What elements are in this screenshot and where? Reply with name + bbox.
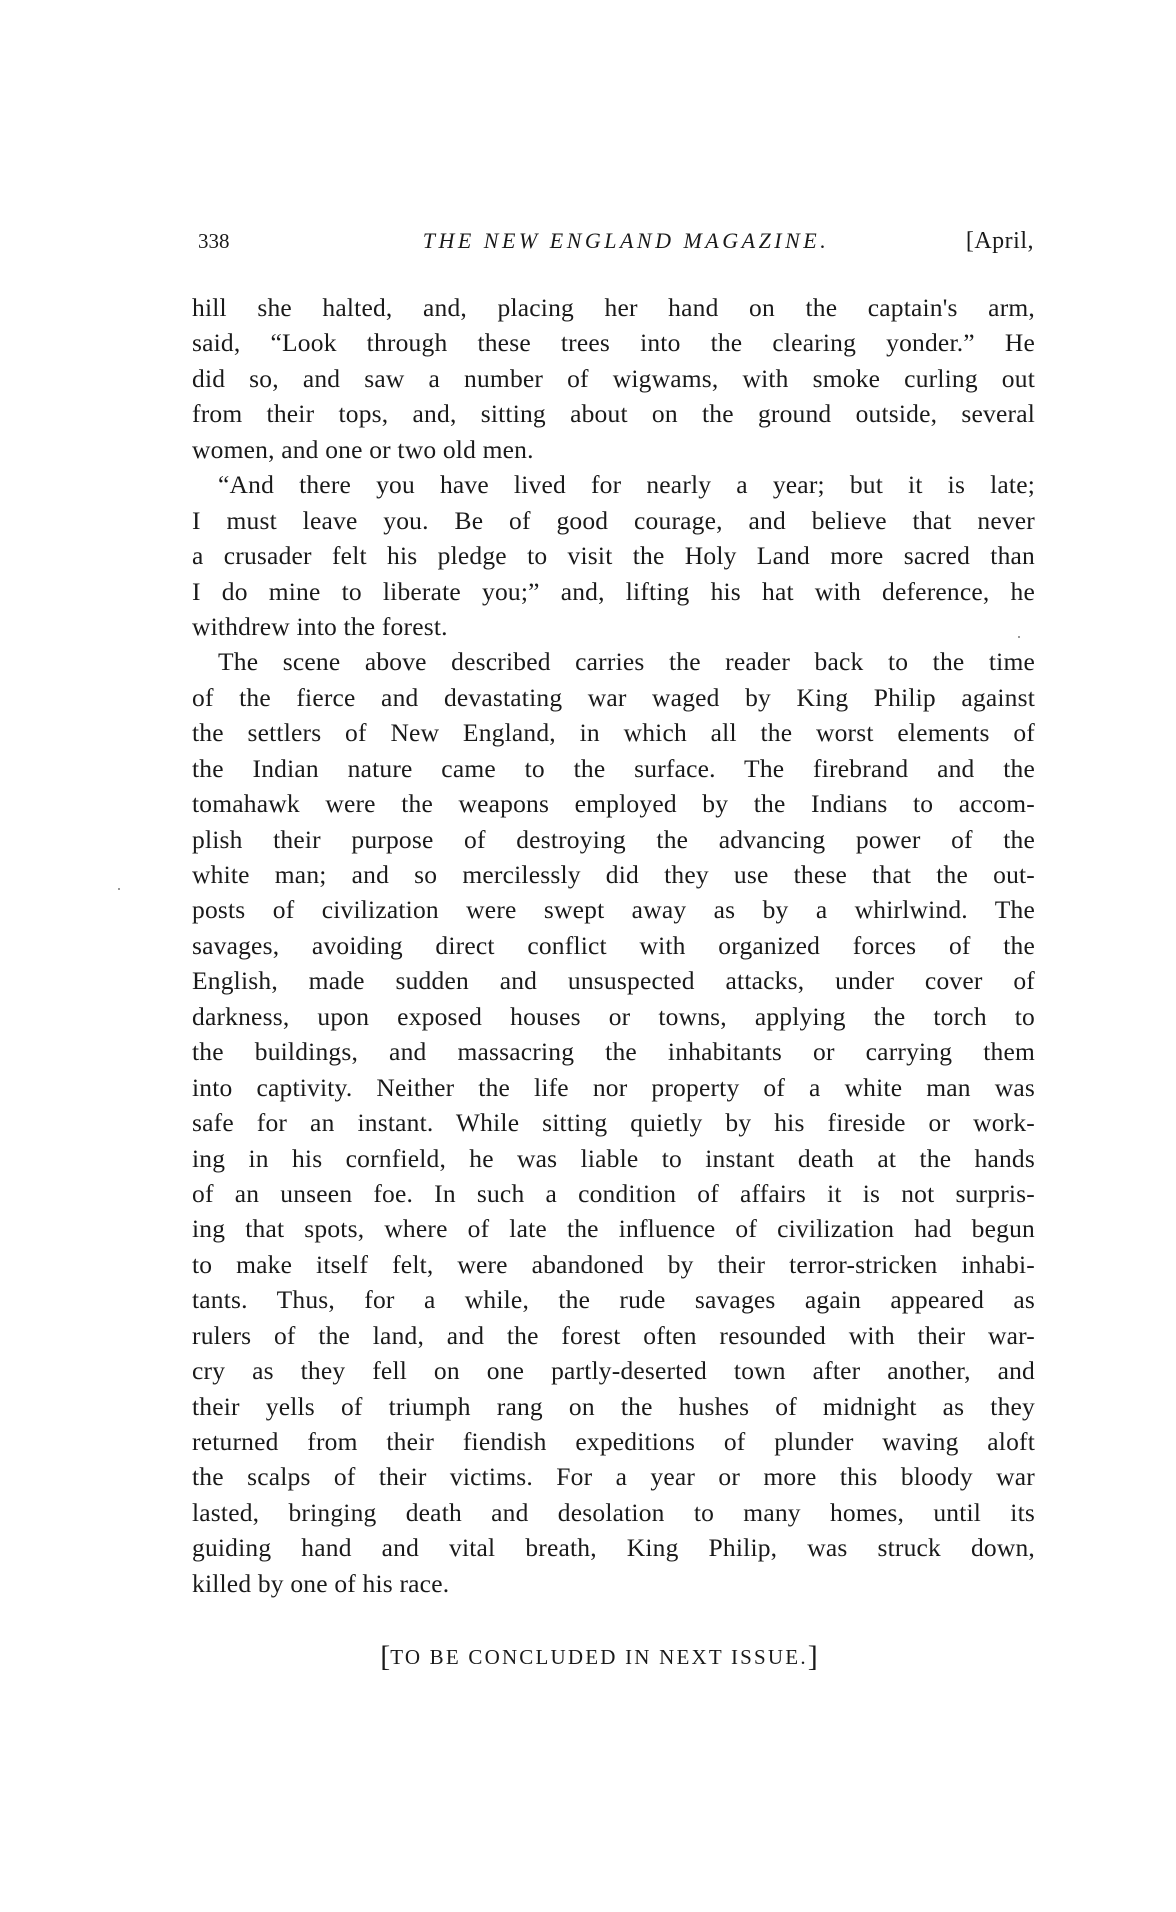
text-line: darkness, upon exposed houses or towns, …	[192, 1002, 1035, 1037]
text-line: said, “Look through these trees into the…	[192, 328, 1035, 363]
text-line: of an unseen foe. In such a condition of…	[192, 1179, 1035, 1214]
text-line: guiding hand and vital breath, King Phil…	[192, 1533, 1035, 1568]
text-line: women, and one or two old men.	[192, 435, 1035, 470]
text-line: tomahawk were the weapons employed by th…	[192, 789, 1035, 824]
text-line: returned from their fiendish expeditions…	[192, 1427, 1035, 1462]
continuation-note-text: TO BE CONCLUDED IN NEXT ISSUE.	[390, 1645, 808, 1669]
paragraph-start-line: “And there you have lived for nearly a y…	[192, 470, 1035, 505]
text-line: their yells of triumph rang on the hushe…	[192, 1392, 1035, 1427]
open-bracket: [	[380, 1640, 390, 1673]
paragraph-start-line: The scene above described carries the re…	[192, 647, 1035, 682]
text-line: killed by one of his race.	[192, 1569, 1035, 1604]
issue-month: [April,	[966, 226, 1034, 256]
text-line: white man; and so mercilessly did they u…	[192, 860, 1035, 895]
text-line: tants. Thus, for a while, the rude savag…	[192, 1285, 1035, 1320]
text-line: into captivity. Neither the life nor pro…	[192, 1073, 1035, 1108]
magazine-title: THE NEW ENGLAND MAGAZINE.	[198, 226, 1036, 256]
text-line: I do mine to liberate you;” and, lifting…	[192, 577, 1035, 612]
text-line: to make itself felt, were abandoned by t…	[192, 1250, 1035, 1285]
text-line: from their tops, and, sitting about on t…	[192, 399, 1035, 434]
text-line: the scalps of their victims. For a year …	[192, 1462, 1035, 1497]
text-line: the Indian nature came to the surface. T…	[192, 754, 1035, 789]
article-body: hill she halted, and, placing her hand o…	[192, 293, 1035, 1604]
text-line: English, made sudden and unsuspected att…	[192, 966, 1035, 1001]
text-line: did so, and saw a number of wigwams, wit…	[192, 364, 1035, 399]
text-line: posts of civilization were swept away as…	[192, 895, 1035, 930]
scan-speck	[1018, 636, 1020, 638]
text-line: the buildings, and massacring the inhabi…	[192, 1037, 1035, 1072]
text-line: the settlers of New England, in which al…	[192, 718, 1035, 753]
text-line: I must leave you. Be of good courage, an…	[192, 506, 1035, 541]
text-line: ing that spots, where of late the influe…	[192, 1214, 1035, 1249]
text-line: of the fierce and devastating war waged …	[192, 683, 1035, 718]
text-line: withdrew into the forest.	[192, 612, 1035, 647]
text-line: ing in his cornfield, he was liable to i…	[192, 1144, 1035, 1179]
text-line: rulers of the land, and the forest often…	[192, 1321, 1035, 1356]
text-line: plish their purpose of destroying the ad…	[192, 825, 1035, 860]
magazine-page: 338 THE NEW ENGLAND MAGAZINE. [April, hi…	[0, 0, 1176, 1912]
scan-speck	[118, 888, 120, 890]
text-line: safe for an instant. While sitting quiet…	[192, 1108, 1035, 1143]
text-line: savages, avoiding direct conflict with o…	[192, 931, 1035, 966]
running-head: 338 THE NEW ENGLAND MAGAZINE. [April,	[198, 226, 1036, 256]
text-line: hill she halted, and, placing her hand o…	[192, 293, 1035, 328]
close-bracket: ]	[808, 1640, 818, 1673]
continuation-note: [TO BE CONCLUDED IN NEXT ISSUE.]	[352, 1640, 846, 1674]
text-line: lasted, bringing death and desolation to…	[192, 1498, 1035, 1533]
text-line: a crusader felt his pledge to visit the …	[192, 541, 1035, 576]
text-line: cry as they fell on one partly-deserted …	[192, 1356, 1035, 1391]
